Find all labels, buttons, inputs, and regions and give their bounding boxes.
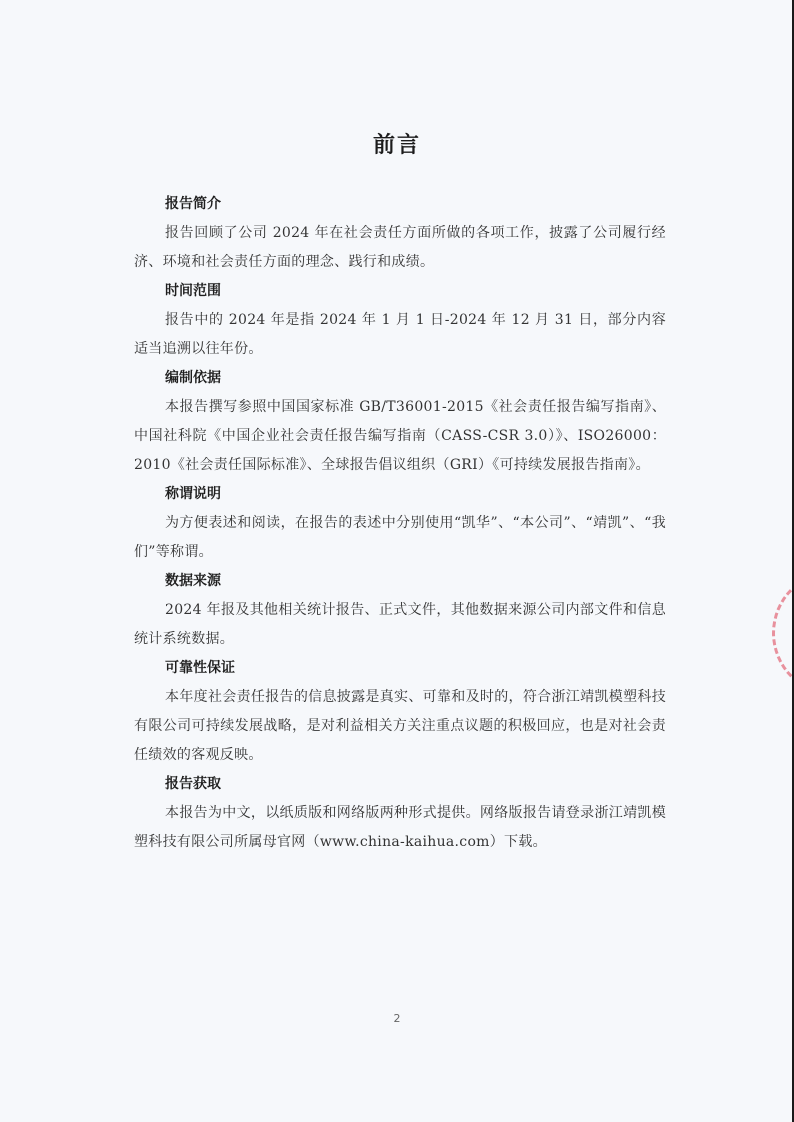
section-paragraph: 2024 年报及其他相关统计报告、正式文件，其他数据来源公司内部文件和信息统计系… [134,596,666,654]
section-heading: 编制依据 [134,364,666,393]
section-heading: 可靠性保证 [134,654,666,683]
section-paragraph: 为方便表述和阅读，在报告的表述中分别使用“凯华”、“本公司”、“靖凯”、“我们”… [134,509,666,567]
section-heading: 报告简介 [134,190,666,219]
section-report-intro: 报告简介 报告回顾了公司 2024 年在社会责任方面所做的各项工作，披露了公司履… [134,190,666,277]
page-number: 2 [0,1012,794,1025]
section-heading: 数据来源 [134,567,666,596]
section-report-access: 报告获取 本报告为中文，以纸质版和网络版两种形式提供。网络版报告请登录浙江靖凯模… [134,770,666,857]
section-compilation-basis: 编制依据 本报告撰写参照中国国家标准 GB/T36001-2015《社会责任报告… [134,364,666,480]
section-data-source: 数据来源 2024 年报及其他相关统计报告、正式文件，其他数据来源公司内部文件和… [134,567,666,654]
section-paragraph: 本年度社会责任报告的信息披露是真实、可靠和及时的，符合浙江靖凯模塑科技有限公司可… [134,683,666,770]
section-paragraph: 报告中的 2024 年是指 2024 年 1 月 1 日-2024 年 12 月… [134,306,666,364]
section-time-range: 时间范围 报告中的 2024 年是指 2024 年 1 月 1 日-2024 年… [134,277,666,364]
page-title: 前言 [0,128,794,159]
section-paragraph: 本报告撰写参照中国国家标准 GB/T36001-2015《社会责任报告编写指南》… [134,393,666,480]
section-terminology: 称谓说明 为方便表述和阅读，在报告的表述中分别使用“凯华”、“本公司”、“靖凯”… [134,480,666,567]
section-heading: 称谓说明 [134,480,666,509]
preface-content: 报告简介 报告回顾了公司 2024 年在社会责任方面所做的各项工作，披露了公司履… [134,190,666,857]
section-heading: 时间范围 [134,277,666,306]
section-paragraph: 报告回顾了公司 2024 年在社会责任方面所做的各项工作，披露了公司履行经济、环… [134,219,666,277]
section-heading: 报告获取 [134,770,666,799]
section-paragraph: 本报告为中文，以纸质版和网络版两种形式提供。网络版报告请登录浙江靖凯模塑科技有限… [134,799,666,857]
red-seal-stamp-icon [772,570,794,710]
section-reliability: 可靠性保证 本年度社会责任报告的信息披露是真实、可靠和及时的，符合浙江靖凯模塑科… [134,654,666,770]
